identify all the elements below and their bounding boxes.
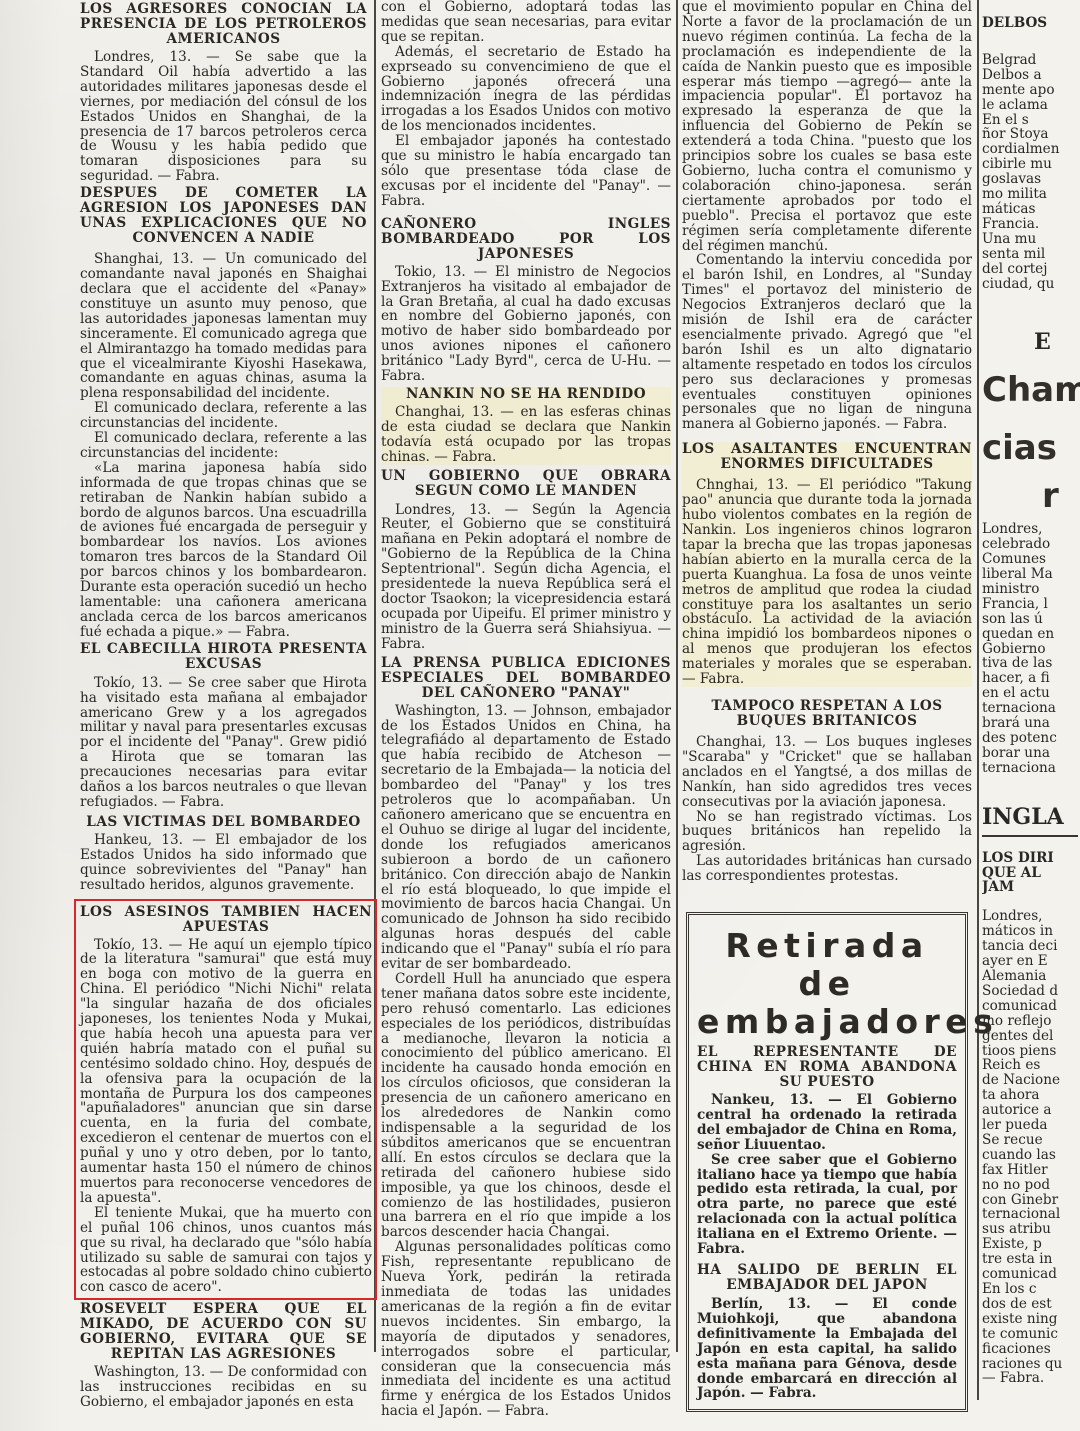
text-line-fragment: Londres, (982, 522, 1080, 537)
text-line-fragment: sus atribu (982, 1222, 1080, 1237)
text-line-fragment: no no pod (982, 1178, 1080, 1193)
column-rule (977, 0, 979, 1400)
text-line-fragment: hacer, a fi (982, 671, 1080, 686)
text-fragment-list: BelgradDelbos amente apole aclamaEn el s… (982, 53, 1080, 292)
text-line-fragment: En el s (982, 113, 1080, 128)
article-canonero-ingles: CAÑONERO INGLES BOMBARDEADO POR LOS JAPO… (381, 217, 671, 384)
article-body: Changhai, 13. — en las esferas chinas de… (381, 405, 671, 465)
article-rosevelt-mikado: ROSEVELT ESPERA QUE EL MIKADO, DE ACUERD… (80, 1302, 367, 1410)
article-body: Tokio, 13. — El ministro de Negocios Ext… (381, 265, 671, 384)
text-line-fragment: gentes del (982, 1029, 1080, 1044)
article-salido-berlin: HA SALIDO DE BERLIN EL EMBAJADOR DEL JAP… (697, 1263, 957, 1401)
text-line-fragment: ficaciones (982, 1342, 1080, 1357)
text-line-fragment: ler pueda (982, 1118, 1080, 1133)
headline-fragment: cias (982, 428, 1080, 468)
text-line-fragment: tioos piens (982, 1044, 1080, 1059)
article-paragraph: Washington, 13. — Johnson, embajador de … (381, 704, 671, 972)
text-line-fragment: En los c (982, 1282, 1080, 1297)
text-line-fragment: liberal Ma (982, 567, 1080, 582)
text-line-fragment: JAM (982, 880, 1080, 895)
text-line-fragment: cordialmen (982, 142, 1080, 157)
article-paragraph: El teniente Mukai, que ha muerto con el … (80, 1206, 372, 1295)
text-line-fragment: ternaciona (982, 761, 1080, 776)
article-paragraph: con el Gobierno, adoptará todas las medi… (381, 0, 671, 45)
text-line-fragment: Gobierno (982, 642, 1080, 657)
text-line-fragment: mo reflejo (982, 1014, 1080, 1029)
article-paragraph: Se cree saber que el Gobierno italiano h… (697, 1153, 957, 1257)
headline: LOS AGRESORES CONOCIAN LA PRESENCIA DE L… (80, 2, 367, 47)
text-line-fragment: te comunic (982, 1327, 1080, 1342)
article-paragraph: El comunicado declara, referente a las c… (80, 431, 367, 461)
article-paragraph: Algunas personalidades políticas como Fi… (381, 1240, 671, 1419)
column-rule (676, 0, 678, 1352)
article-paragraph: El comunicado declara, referente a las c… (80, 401, 367, 431)
article-paragraph: Shanghai, 13. — Un comunicado del comand… (80, 252, 367, 401)
article-paragraph: Nankeu, 13. — El Gobierno central ha ord… (697, 1093, 957, 1153)
headline: LOS ASESINOS TAMBIEN HACEN APUESTAS (80, 905, 372, 935)
article-buques-britanicos: TAMPOCO RESPETAN A LOS BUQUES BRITANICOS… (682, 699, 972, 884)
headline: TAMPOCO RESPETAN A LOS BUQUES BRITANICOS (682, 699, 972, 729)
text-line-fragment: ministro (982, 582, 1080, 597)
text-line-fragment: del cortej (982, 262, 1080, 277)
headline: HA SALIDO DE BERLIN EL EMBAJADOR DEL JAP… (697, 1263, 957, 1293)
article-victimas-bombardeo: LAS VICTIMAS DEL BOMBARDEO Hankeu, 13. —… (80, 815, 367, 893)
column-3: que el movimiento popular en China del N… (682, 0, 972, 1412)
article-body: Washington, 13. — De conformidad con las… (80, 1365, 367, 1410)
text-line-fragment: ñor Stoya (982, 127, 1080, 142)
text-line-fragment: máticos in (982, 924, 1080, 939)
text-line-fragment: de Nacione (982, 1073, 1080, 1088)
headline: NANKIN NO SE HA RENDIDO (381, 387, 671, 402)
text-line-fragment: borar una (982, 746, 1080, 761)
article-paragraph: Comentando la interviu concedida por el … (682, 253, 972, 432)
article-gobierno-obrara: UN GOBIERNO QUE OBRARA SEGUN COMO LE MAN… (381, 469, 671, 652)
headline: DESPUES DE COMETER LA AGRESION LOS JAPON… (80, 186, 367, 246)
article-paragraph: No se han registrado víctimas. Los buque… (682, 810, 972, 855)
newspaper-page: LOS AGRESORES CONOCIAN LA PRESENCIA DE L… (0, 0, 1080, 1431)
text-line-fragment: comunicad (982, 999, 1080, 1014)
headline-fragment: Cham (982, 370, 1080, 410)
article-agresores-petroleros: LOS AGRESORES CONOCIAN LA PRESENCIA DE L… (80, 2, 367, 184)
text-line-fragment: cibirle mu (982, 157, 1080, 172)
headline: UN GOBIERNO QUE OBRARA SEGUN COMO LE MAN… (381, 469, 671, 499)
text-line-fragment: quedan en (982, 627, 1080, 642)
article-paragraph: «La marina japonesa había sido informada… (80, 461, 367, 640)
text-line-fragment: Se recue (982, 1133, 1080, 1148)
text-line-fragment: goslavas (982, 172, 1080, 187)
headline: EL CABECILLA HIROTA PRESENTA EXCUSAS (80, 642, 367, 672)
article-body: Londres, 13. — Se sabe que la Standard O… (80, 50, 367, 184)
column-1: LOS AGRESORES CONOCIAN LA PRESENCIA DE L… (80, 0, 367, 1410)
box-title: Retirada de embajadores (697, 927, 957, 1041)
article-body: Londres, 13. — Según la Agencia Reuter, … (381, 503, 671, 652)
highlighted-article-asesinos-apuestas: LOS ASESINOS TAMBIEN HACEN APUESTAS Tokí… (74, 899, 377, 1301)
text-line-fragment: máticas (982, 202, 1080, 217)
text-line-fragment: Londres, (982, 909, 1080, 924)
text-line-fragment: mente apo (982, 83, 1080, 98)
text-line-fragment: Una mu (982, 232, 1080, 247)
text-line-fragment: des potenc (982, 731, 1080, 746)
text-line-fragment: con Ginebr (982, 1193, 1080, 1208)
text-line-fragment: — Fabra. (982, 1371, 1080, 1386)
article-hirota-excusas: EL CABECILLA HIROTA PRESENTA EXCUSAS Tok… (80, 642, 367, 810)
headline-fragment: DELBOS (982, 16, 1080, 31)
article-paragraph: Cordell Hull ha anunciado que espera ten… (381, 972, 671, 1240)
text-line-fragment: LOS DIRI (982, 851, 1080, 866)
text-line-fragment: QUE AL (982, 866, 1080, 881)
headline: EL REPRESENTANTE DE CHINA EN ROMA ABANDO… (697, 1045, 957, 1090)
headline-fragment: LOS DIRIQUE ALJAM (982, 851, 1080, 896)
text-line-fragment: autorice a (982, 1103, 1080, 1118)
text-line-fragment: Existe, p (982, 1237, 1080, 1252)
text-line-fragment: brará una (982, 716, 1080, 731)
article-paragraph: que el movimiento popular en China del N… (682, 0, 972, 253)
text-line-fragment: cuando las (982, 1148, 1080, 1163)
text-line-fragment: le aclama (982, 98, 1080, 113)
text-fragment-list: Londres,máticos intancia deciayer en EAl… (982, 909, 1080, 1386)
text-line-fragment: Belgrad (982, 53, 1080, 68)
text-line-fragment: Francia, l (982, 597, 1080, 612)
text-line-fragment: raciones qu (982, 1357, 1080, 1372)
text-fragment-list: Londres,celebradoComunesliberal Maminist… (982, 522, 1080, 775)
article-paragraph: Además, el secretario de Estado ha exprs… (381, 45, 671, 134)
text-line-fragment: fax Hitler (982, 1163, 1080, 1178)
article-paragraph: Tokío, 13. — He aquí un ejemplo típico d… (80, 938, 372, 1206)
text-line-fragment: Delbos a (982, 68, 1080, 83)
column-4-cropped: DELBOS BelgradDelbos amente apole aclama… (982, 0, 1080, 1386)
text-line-fragment: tre esta in (982, 1252, 1080, 1267)
headline-fragment: E (1034, 335, 1080, 350)
continued-article: con el Gobierno, adoptará todas las medi… (381, 0, 671, 209)
text-line-fragment: senta mil (982, 247, 1080, 262)
article-body: Tokío, 13. — Se cree saber que Hirota ha… (80, 676, 367, 810)
article-paragraph: El embajador japonés ha contestado que s… (381, 134, 671, 209)
text-line-fragment: celebrado (982, 537, 1080, 552)
headline: LAS VICTIMAS DEL BOMBARDEO (80, 815, 367, 830)
text-line-fragment: existe ning (982, 1312, 1080, 1327)
headline-fragment: r (1042, 476, 1080, 516)
text-line-fragment: tancia deci (982, 939, 1080, 954)
text-line-fragment: Reich es (982, 1058, 1080, 1073)
headline: ROSEVELT ESPERA QUE EL MIKADO, DE ACUERD… (80, 1302, 367, 1362)
continued-article: que el movimiento popular en China del N… (682, 0, 972, 432)
article-prensa-ediciones-especiales: LA PRENSA PUBLICA EDICIONES ESPECIALES D… (381, 656, 671, 1420)
article-paragraph: Las autoridades británicas han cursado l… (682, 854, 972, 884)
article-nankin-no-rendido: NANKIN NO SE HA RENDIDO Changhai, 13. — … (381, 387, 671, 465)
headline: LOS ASALTANTES ENCUENTRAN ENORMES DIFICU… (682, 442, 972, 472)
text-line-fragment: Francia. (982, 217, 1080, 232)
article-asaltantes-dificultades: LOS ASALTANTES ENCUENTRAN ENORMES DIFICU… (682, 442, 972, 687)
divider (982, 835, 1078, 837)
text-line-fragment: en el actu (982, 686, 1080, 701)
article-body: Berlín, 13. — El conde Muiohkoji, que ab… (697, 1297, 957, 1401)
text-line-fragment: dos de est (982, 1297, 1080, 1312)
text-line-fragment: Alemania (982, 969, 1080, 984)
article-representante-china: EL REPRESENTANTE DE CHINA EN ROMA ABANDO… (697, 1045, 957, 1257)
text-line-fragment: comunicad (982, 1267, 1080, 1282)
text-line-fragment: ternacional (982, 1207, 1080, 1222)
text-line-fragment: Sociedad d (982, 984, 1080, 999)
text-line-fragment: ternaciona (982, 701, 1080, 716)
article-body: Hankeu, 13. — El embajador de los Estado… (80, 833, 367, 893)
text-line-fragment: Comunes (982, 552, 1080, 567)
headline: CAÑONERO INGLES BOMBARDEADO POR LOS JAPO… (381, 217, 671, 262)
article-paragraph: Changhai, 13. — Los buques ingleses "Sca… (682, 735, 972, 810)
text-line-fragment: son las ú (982, 612, 1080, 627)
article-explicaciones-japonesas: DESPUES DE COMETER LA AGRESION LOS JAPON… (80, 186, 367, 640)
column-2: con el Gobierno, adoptará todas las medi… (381, 0, 671, 1419)
text-line-fragment: tiva de las (982, 656, 1080, 671)
article-body: Chnghai, 13. — El periódico "Takung pao"… (682, 478, 972, 687)
headline-fragment: INGLA (982, 810, 1080, 825)
text-line-fragment: ciudad, qu (982, 277, 1080, 292)
text-line-fragment: mo milita (982, 187, 1080, 202)
boxed-section-retirada-embajadores: Retirada de embajadores EL REPRESENTANTE… (686, 912, 968, 1412)
text-line-fragment: ayer en E (982, 954, 1080, 969)
text-line-fragment: ta ahora (982, 1088, 1080, 1103)
headline: LA PRENSA PUBLICA EDICIONES ESPECIALES D… (381, 656, 671, 701)
